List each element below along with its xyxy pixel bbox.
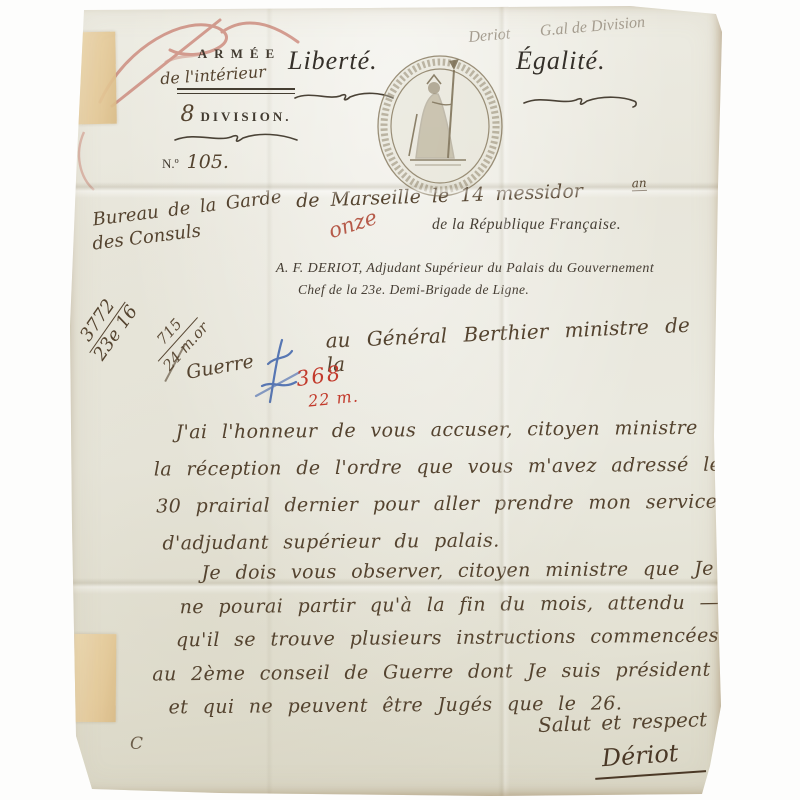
paper-repair-patch-bottom [74,634,117,722]
liberte-title: Liberté. [288,46,378,76]
numero-line: N.º105. [148,151,324,173]
paper-repair-patch-top [75,32,117,125]
dateline: de Marseille le 14 messidor an [296,176,647,212]
division-number: 8 [181,102,195,127]
double-rule [177,88,295,94]
paper-sheet: ARMÉE de l'intérieur 8DIVISION. N.º105. … [70,6,722,796]
division-line: 8DIVISION. [148,102,324,127]
address-line1: au Général Berthier ministre de la [325,311,723,376]
body-line: la réception de l'ordre que vous m'avez … [154,446,739,488]
body-line: J'ai l'honneur de vous accuser, citoyen … [153,409,738,451]
body-line: Je dois vous observer, citoyen ministre … [139,552,739,591]
body-line: ne pourai partir qu'à la fin du mois, at… [140,586,740,625]
body-paragraph-1: J'ai l'honneur de vous accuser, citoyen … [153,409,739,562]
pencil-title: G.al de Division [539,14,645,41]
scanned-letter: ARMÉE de l'intérieur 8DIVISION. N.º105. … [0,0,800,800]
pencil-annotation: Deriot G.al de Division [468,3,768,47]
c-mark: C [130,734,143,754]
flourish-under-division [171,129,301,145]
dateline-an: an [631,176,646,192]
diagonal-registry-number-1: 3772 23e 16 [72,289,142,364]
flourish-under-egalite [520,92,640,110]
address-line2: Guerre [185,350,256,383]
body-line: au 2ème conseil de Guerre dont Je suis p… [140,653,740,692]
red-registry-number: 368 [295,361,344,391]
sender-line1: A. F. DERIOT, Adjudant Supérieur du Pala… [220,261,710,277]
body-line: qu'il se trouve plusieurs instructions c… [140,619,740,658]
numero-value: 105. [187,151,229,173]
division-label: DIVISION. [201,109,292,124]
dateline-place-date: de Marseille le 14 messidor [296,180,584,212]
body-line: 30 prairial dernier pour aller prendre m… [154,483,739,525]
republique-printed-line: de la République Française. [432,216,621,234]
signature: Dériot [593,737,706,780]
egalite-title: Égalité. [516,46,606,76]
sender-line2: Chef de la 23e. Demi-Brigade de Ligne. [298,282,529,298]
red-registry-subnumber: 22 m. [307,386,359,410]
body-paragraph-2: Je dois vous observer, citoyen ministre … [139,552,740,725]
closing-salutation: Salut et respect [538,707,708,737]
numero-label: N.º [162,156,179,171]
republic-seal [370,52,510,200]
pencil-name: Deriot [468,25,511,47]
